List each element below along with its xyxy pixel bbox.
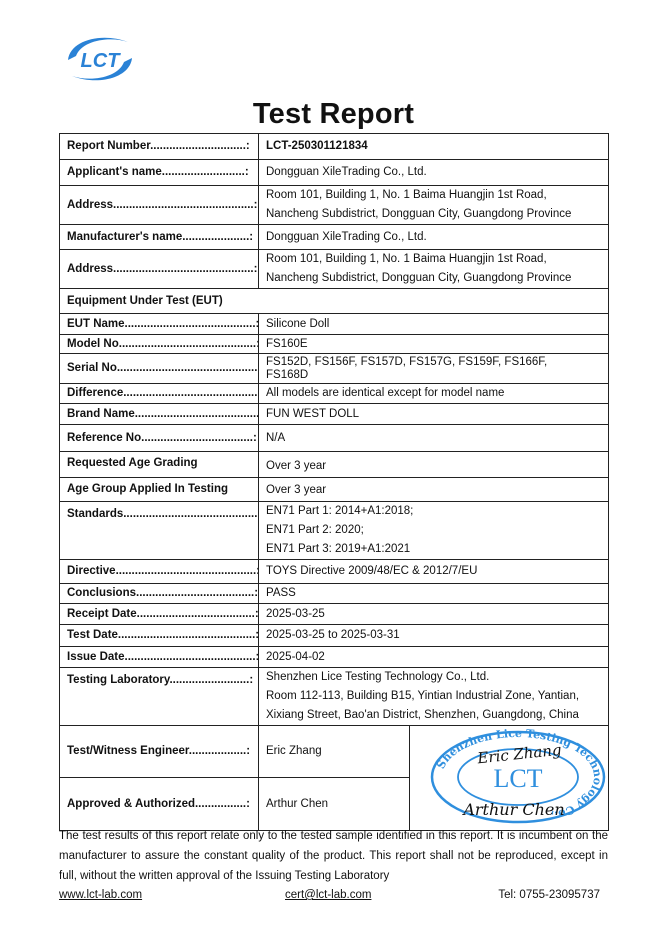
row-serial-no: Serial No...............................… xyxy=(60,354,609,384)
label-applicant-address: Address.................................… xyxy=(60,186,259,225)
row-directive: Directive...............................… xyxy=(60,560,609,584)
label-conclusions: Conclusions.............................… xyxy=(60,584,259,604)
value-serial-no: FS152D, FS156F, FS157D, FS157G, FS159F, … xyxy=(259,354,609,384)
label-engineer: Test/Witness Engineer..................: xyxy=(60,726,259,778)
row-standards: Standards...............................… xyxy=(60,502,609,560)
label-applicant: Applicant's name........................… xyxy=(60,160,259,186)
row-model-no: Model No................................… xyxy=(60,335,609,354)
value-difference: All models are identical except for mode… xyxy=(259,384,609,404)
svg-text:Arthur Chen: Arthur Chen xyxy=(461,800,564,819)
value-engineer: Eric Zhang xyxy=(259,726,410,778)
label-testing-lab: Testing Laboratory......................… xyxy=(60,668,259,726)
label-test-date: Test Date...............................… xyxy=(60,625,259,647)
label-manufacturer: Manufacturer's name.....................… xyxy=(60,225,259,250)
label-model-no: Model No................................… xyxy=(60,335,259,354)
label-receipt-date: Receipt Date............................… xyxy=(60,604,259,625)
signature-cell: Shenzhen Lice Testing Technology Co., LC… xyxy=(410,726,609,831)
value-report-number: LCT-250301121834 xyxy=(259,134,609,160)
label-brand-name: Brand Name..............................… xyxy=(60,404,259,425)
page-title: Test Report xyxy=(0,98,667,131)
label-requested-age: Requested Age Grading xyxy=(60,452,259,478)
svg-text:LCT: LCT xyxy=(493,764,542,793)
row-brand-name: Brand Name..............................… xyxy=(60,404,609,425)
value-manufacturer-address: Room 101, Building 1, No. 1 Baima Huangj… xyxy=(259,250,609,289)
label-serial-no: Serial No...............................… xyxy=(60,354,259,384)
value-model-no: FS160E xyxy=(259,335,609,354)
row-receipt-date: Receipt Date............................… xyxy=(60,604,609,625)
row-applicant: Applicant's name........................… xyxy=(60,160,609,186)
label-age-group: Age Group Applied In Testing xyxy=(60,478,259,502)
row-testing-lab: Testing Laboratory......................… xyxy=(60,668,609,726)
value-directive: TOYS Directive 2009/48/EC & 2012/7/EU xyxy=(259,560,609,584)
report-table: Report Number...........................… xyxy=(59,133,609,831)
row-age-group: Age Group Applied In Testing Over 3 year xyxy=(60,478,609,502)
label-report-number: Report Number...........................… xyxy=(60,134,259,160)
row-applicant-address: Address.................................… xyxy=(60,186,609,225)
label-difference: Difference..............................… xyxy=(60,384,259,404)
disclaimer-text: The test results of this report relate o… xyxy=(59,826,608,886)
value-conclusions: PASS xyxy=(259,584,609,604)
value-reference-no: N/A xyxy=(259,425,609,452)
row-manufacturer: Manufacturer's name.....................… xyxy=(60,225,609,250)
row-reference-no: Reference No............................… xyxy=(60,425,609,452)
row-conclusions: Conclusions.............................… xyxy=(60,584,609,604)
value-applicant-address: Room 101, Building 1, No. 1 Baima Huangj… xyxy=(259,186,609,225)
svg-text:LCT: LCT xyxy=(81,50,122,72)
row-requested-age: Requested Age Grading Over 3 year xyxy=(60,452,609,478)
value-testing-lab: Shenzhen Lice Testing Technology Co., Lt… xyxy=(259,668,609,726)
label-standards: Standards...............................… xyxy=(60,502,259,560)
email-link[interactable]: cert@lct-lab.com xyxy=(285,889,371,901)
value-issue-date: 2025-04-02 xyxy=(259,647,609,668)
label-eut-name: EUT Name................................… xyxy=(60,314,259,335)
value-approved: Arthur Chen xyxy=(259,778,410,831)
value-test-date: 2025-03-25 to 2025-03-31 xyxy=(259,625,609,647)
row-engineer: Test/Witness Engineer..................:… xyxy=(60,726,609,778)
company-seal-icon: Shenzhen Lice Testing Technology Co., LC… xyxy=(428,729,608,825)
lct-logo-icon: LCT xyxy=(62,30,138,88)
label-manufacturer-address: Address.................................… xyxy=(60,250,259,289)
section-eut: Equipment Under Test (EUT) xyxy=(60,289,609,314)
value-age-group: Over 3 year xyxy=(259,478,609,502)
value-eut-name: Silicone Doll xyxy=(259,314,609,335)
row-manufacturer-address: Address.................................… xyxy=(60,250,609,289)
value-applicant: Dongguan XileTrading Co., Ltd. xyxy=(259,160,609,186)
label-approved: Approved & Authorized................: xyxy=(60,778,259,831)
row-eut-name: EUT Name................................… xyxy=(60,314,609,335)
label-reference-no: Reference No............................… xyxy=(60,425,259,452)
value-receipt-date: 2025-03-25 xyxy=(259,604,609,625)
row-report-number: Report Number...........................… xyxy=(60,134,609,160)
telephone: Tel: 0755-23095737 xyxy=(498,889,600,901)
row-difference: Difference..............................… xyxy=(60,384,609,404)
row-issue-date: Issue Date..............................… xyxy=(60,647,609,668)
value-standards: EN71 Part 1: 2014+A1:2018; EN71 Part 2: … xyxy=(259,502,609,560)
website-link[interactable]: www.lct-lab.com xyxy=(59,889,142,901)
row-test-date: Test Date...............................… xyxy=(60,625,609,647)
label-issue-date: Issue Date..............................… xyxy=(60,647,259,668)
value-manufacturer: Dongguan XileTrading Co., Ltd. xyxy=(259,225,609,250)
row-eut-section: Equipment Under Test (EUT) xyxy=(60,289,609,314)
value-brand-name: FUN WEST DOLL xyxy=(259,404,609,425)
value-requested-age: Over 3 year xyxy=(259,452,609,478)
label-directive: Directive...............................… xyxy=(60,560,259,584)
